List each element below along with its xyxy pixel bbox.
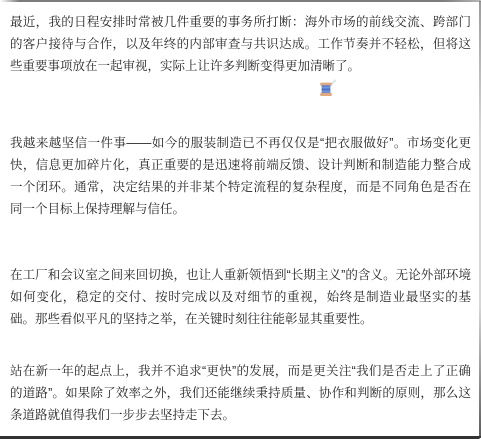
- document-page: 最近，我的日程安排时常被几件重要的事务所打断：海外市场的前线交流、跨部门的客户接…: [0, 0, 481, 439]
- paragraph-schedule: 最近，我的日程安排时常被几件重要的事务所打断：海外市场的前线交流、跨部门的客户接…: [10, 0, 471, 77]
- card-edge-top: [0, 0, 481, 2]
- paragraph-manufacturing: 我越来越坚信一件事——如今的服装制造已不再仅仅是“把衣服做好”。市场变化更快，信…: [10, 132, 471, 220]
- paragraph-longtermism: 在工厂和会议室之间来回切换，也让人重新领悟到“长期主义”的含义。无论外部环境如何…: [10, 264, 471, 330]
- thread-spool-icon: [318, 79, 337, 98]
- inline-image-line: [10, 77, 471, 99]
- paragraph-newyear: 站在新一年的起点上，我并不追求“更快”的发展，而是更关注“我们是否走上了正确的道…: [10, 360, 471, 426]
